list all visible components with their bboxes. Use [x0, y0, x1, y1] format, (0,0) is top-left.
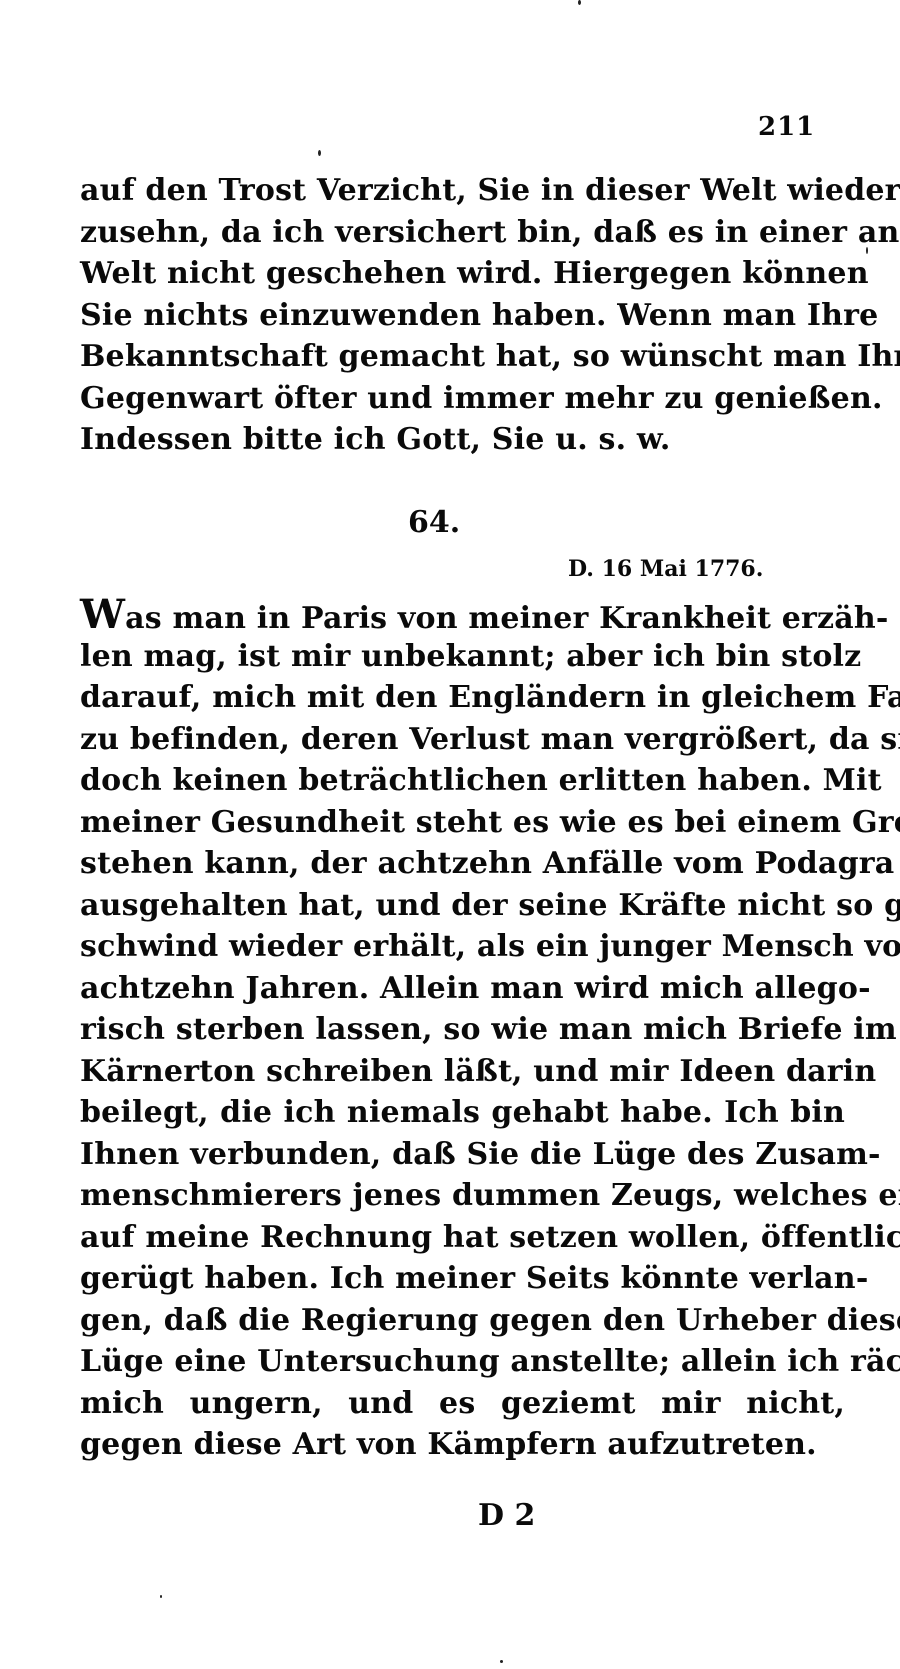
text-line: zu befinden, deren Verlust man vergrößer… [80, 719, 845, 761]
text-line: gen, daß die Regierung gegen den Urheber… [80, 1300, 845, 1342]
text-line: beilegt, die ich niemals gehabt habe. Ic… [80, 1092, 845, 1134]
text-line: mich ungern, und es geziemt mir nicht, [80, 1383, 845, 1425]
text-line: Ihnen verbunden, daß Sie die Lüge des Zu… [80, 1134, 845, 1176]
text-line: Indessen bitte ich Gott, Sie u. s. w. [80, 419, 845, 461]
scan-speck [578, 0, 581, 5]
printer-signature-mark: D 2 [478, 1498, 535, 1533]
text-line: stehen kann, der achtzehn Anfälle vom Po… [80, 843, 845, 885]
text-line: Bekanntschaft gemacht hat, so wünscht ma… [80, 336, 845, 378]
text-line: risch sterben lassen, so wie man mich Br… [80, 1009, 845, 1051]
text-line: auf den Trost Verzicht, Sie in dieser We… [80, 170, 845, 212]
text-line-first: Was man in Paris von meiner Krankheit er… [80, 594, 845, 636]
letter-number-heading: 64. [408, 505, 460, 540]
paragraph-letter-63-ending: auf den Trost Verzicht, Sie in dieser We… [80, 170, 845, 461]
text-line: Sie nichts einzuwenden haben. Wenn man I… [80, 295, 845, 337]
book-page: 211 auf den Trost Verzicht, Sie in diese… [0, 0, 900, 1669]
scan-speck [500, 1660, 503, 1663]
text-line: gegen diese Art von Kämpfern aufzutreten… [80, 1424, 845, 1466]
text-line: zusehn, da ich versichert bin, daß es in… [80, 212, 845, 254]
page-number: 211 [758, 112, 815, 142]
letter-date: D. 16 Mai 1776. [568, 556, 763, 582]
initial-capital: W [80, 591, 125, 638]
text-line: len mag, ist mir unbekannt; aber ich bin… [80, 636, 845, 678]
text-line: gerügt haben. Ich meiner Seits könnte ve… [80, 1258, 845, 1300]
text-line: doch keinen beträchtlichen erlitten habe… [80, 760, 845, 802]
text-line: schwind wieder erhält, als ein junger Me… [80, 926, 845, 968]
scan-speck [160, 1595, 162, 1598]
text-line: Welt nicht geschehen wird. Hiergegen kön… [80, 253, 845, 295]
text-line: Lüge eine Untersuchung anstellte; allein… [80, 1341, 845, 1383]
text-line: ausgehalten hat, und der seine Kräfte ni… [80, 885, 845, 927]
text-line: menschmierers jenes dummen Zeugs, welche… [80, 1175, 845, 1217]
text-line: auf meine Rechnung hat setzen wollen, öf… [80, 1217, 845, 1259]
text-line: Gegenwart öfter und immer mehr zu genieß… [80, 378, 845, 420]
text-line: meiner Gesundheit steht es wie es bei ei… [80, 802, 845, 844]
text-line: achtzehn Jahren. Allein man wird mich al… [80, 968, 845, 1010]
paragraph-letter-64-body: Was man in Paris von meiner Krankheit er… [80, 594, 845, 1466]
scan-speck [318, 150, 321, 156]
text-line: darauf, mich mit den Engländern in gleic… [80, 677, 845, 719]
text-line-first-rest: as man in Paris von meiner Krankheit erz… [125, 601, 888, 636]
scan-speck [866, 247, 868, 254]
text-line: Kärnerton schreiben läßt, und mir Ideen … [80, 1051, 845, 1093]
